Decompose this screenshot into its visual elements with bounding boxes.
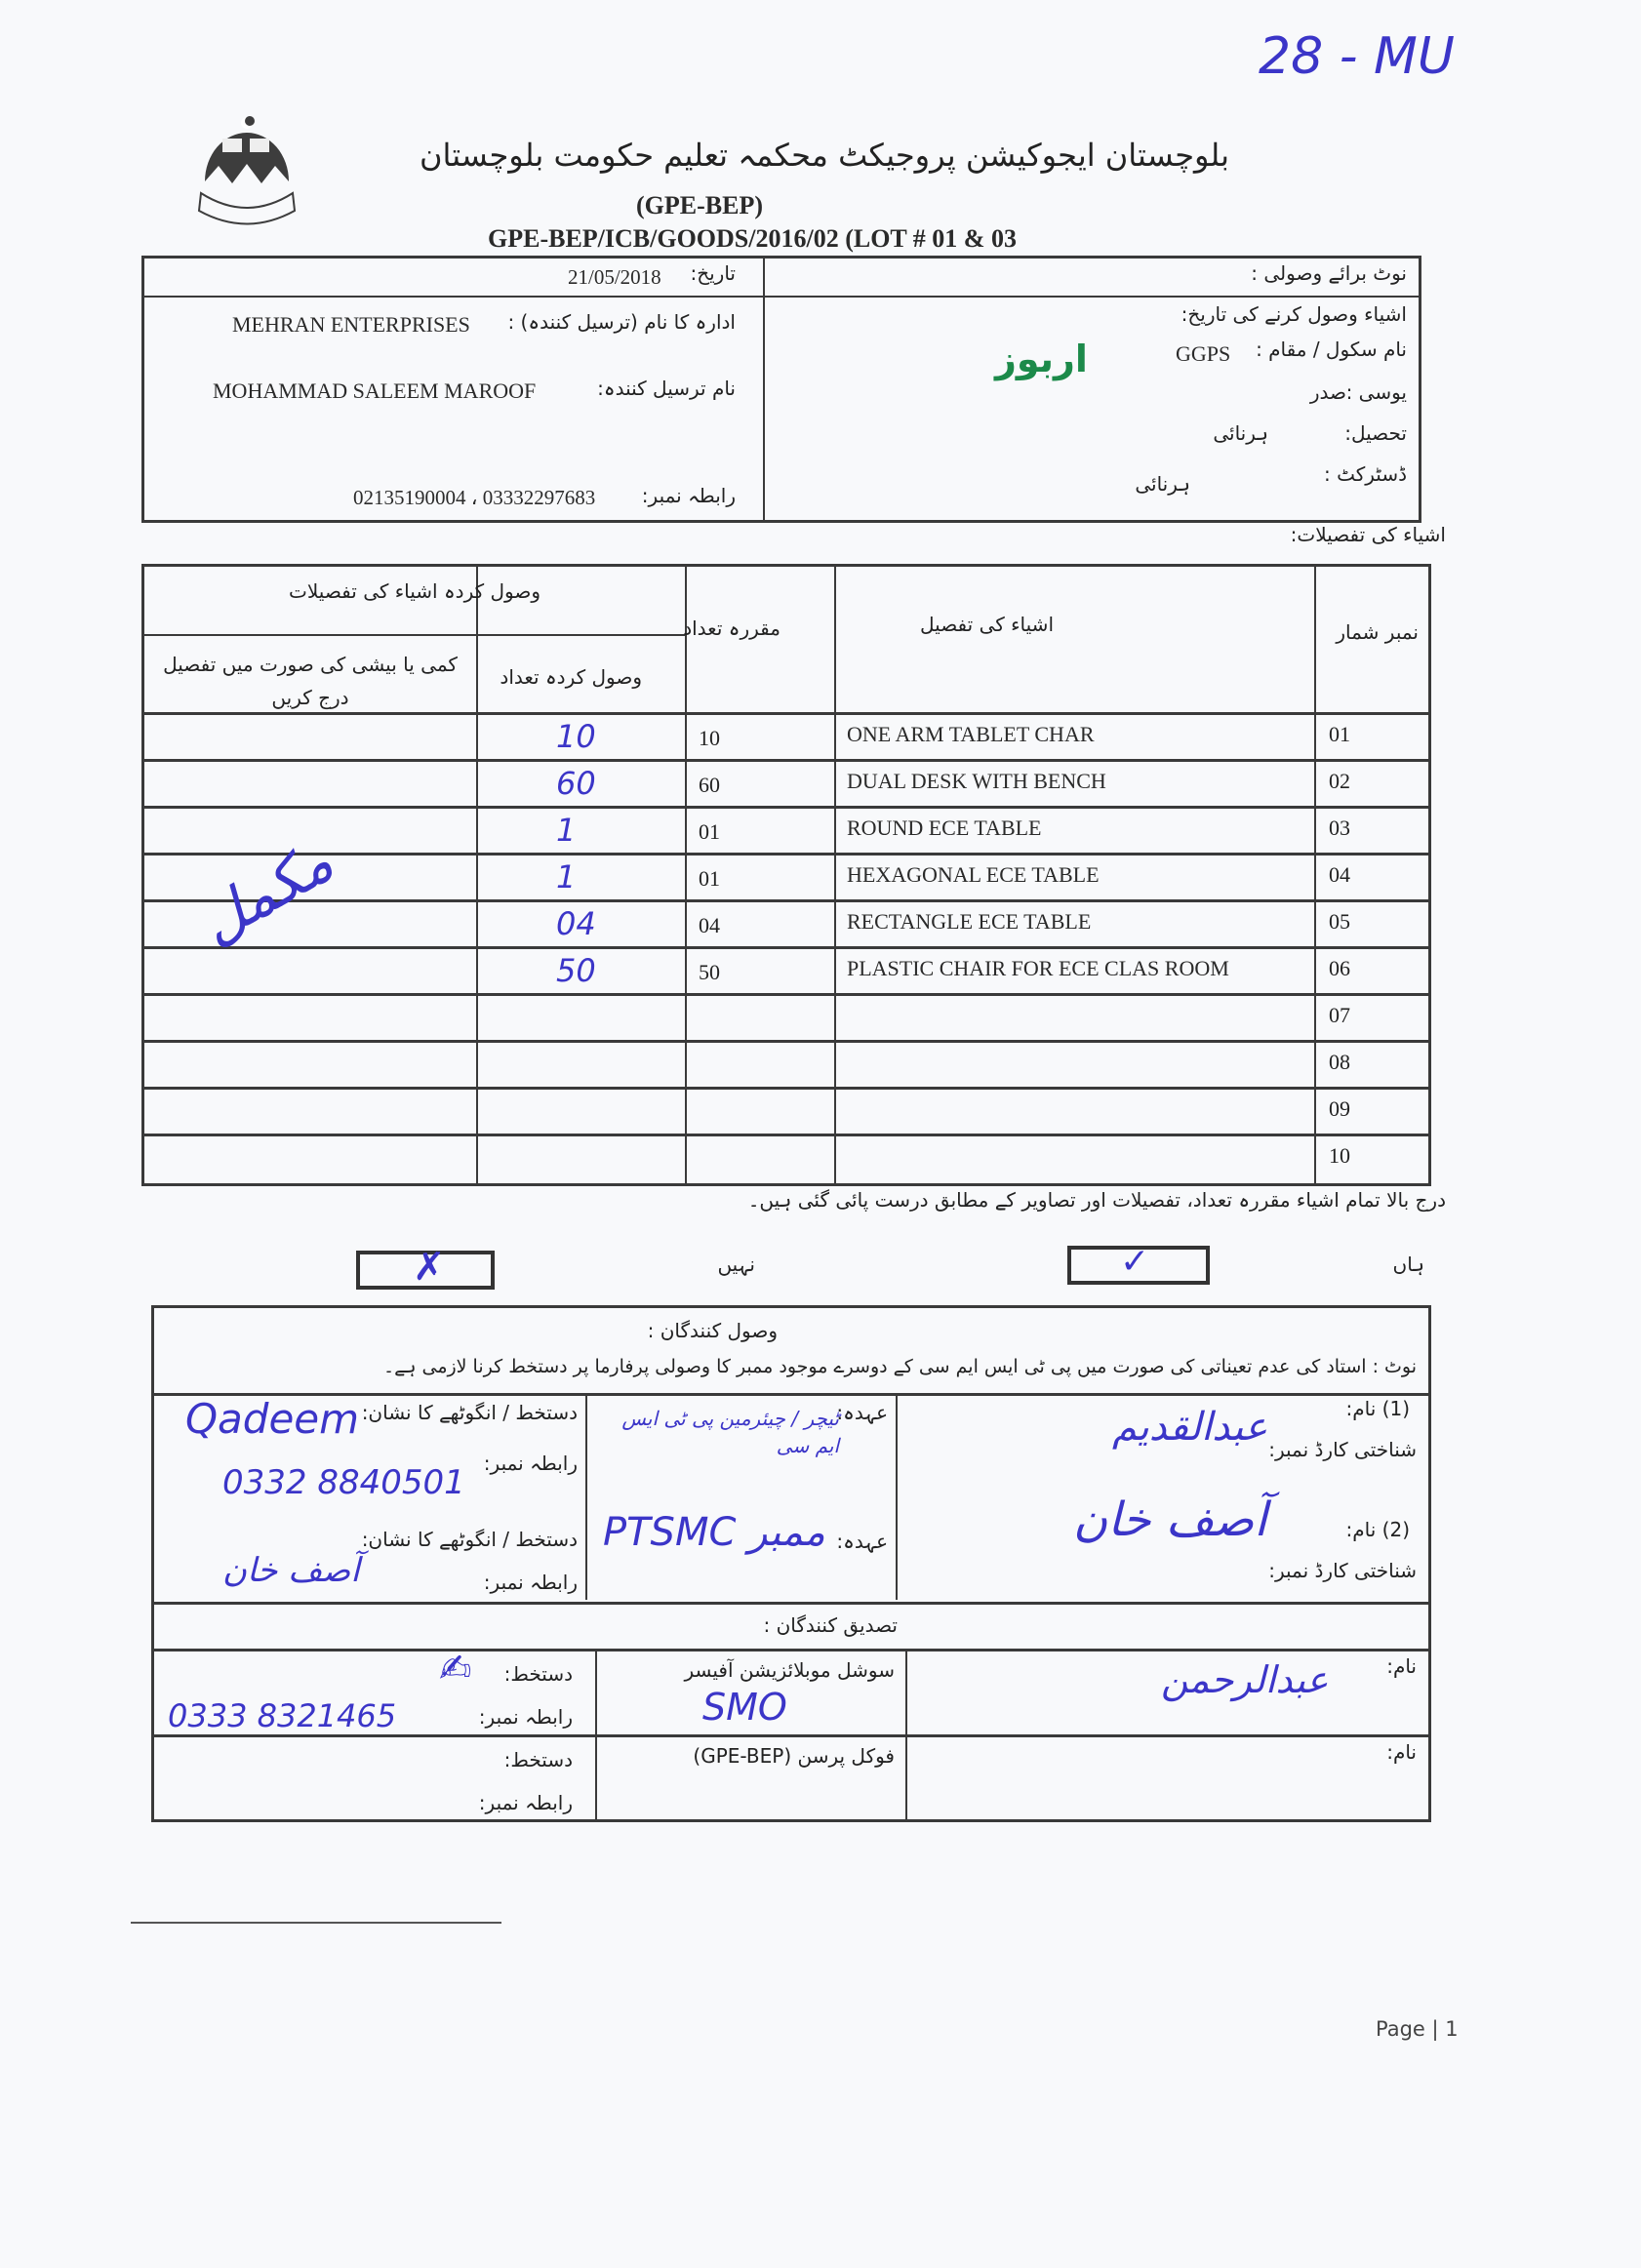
table-row-divider <box>143 1040 1429 1043</box>
date-value: 21/05/2018 <box>568 265 661 290</box>
col-divider <box>834 566 836 1184</box>
verifier1-signature-label: دستخط: <box>504 1662 573 1686</box>
receiver1-contact-label: رابطہ نمبر: <box>484 1452 578 1475</box>
verifier1-role: سوشل موبلائزیشن آفیسر <box>684 1658 895 1682</box>
header-description: اشیاء کی تفصیل <box>920 613 1054 636</box>
no-checkbox[interactable]: ✗ <box>356 1251 495 1290</box>
district-label: ڈسٹرکٹ : <box>1324 462 1407 486</box>
school-label: نام سکول / مقام : <box>1256 338 1407 361</box>
row-serial: 06 <box>1329 956 1350 981</box>
contact-value: 02135190004 ، 03332297683 <box>353 486 595 510</box>
receiver1-designation-handwritten: ٹیچر / چیئرمین پی ٹی ایس ایم سی <box>595 1405 839 1459</box>
header-fixed-qty: مقررہ تعداد <box>683 617 780 640</box>
receiver2-designation-label: عہدہ: <box>836 1530 888 1553</box>
header-serial: نمبر شمار <box>1336 620 1419 644</box>
row-serial: 08 <box>1329 1050 1350 1075</box>
sender-label: نام ترسیل کنندہ: <box>597 377 736 400</box>
header-subtitle: (GPE-BEP) <box>636 191 763 220</box>
receiver1-cnic-label: شناختی کارڈ نمبر: <box>1268 1438 1417 1461</box>
row-serial: 03 <box>1329 816 1350 841</box>
page-number: Page | 1 <box>1376 2017 1459 2041</box>
row-received-qty-handwritten: 60 <box>556 765 596 802</box>
verifier1-signature: ✍ <box>439 1647 472 1691</box>
row-received-qty-handwritten: 50 <box>556 952 596 989</box>
receivers-col-divider <box>896 1395 898 1600</box>
footnote-separator <box>131 1922 501 1924</box>
receivers-col-divider <box>585 1395 587 1600</box>
cross-mark-icon: ✗ <box>413 1245 446 1290</box>
col-divider <box>476 566 478 1184</box>
verifiers-row-divider <box>153 1734 1429 1737</box>
row-received-qty-handwritten: 10 <box>556 718 596 755</box>
table-row-divider <box>143 853 1429 855</box>
tehsil-label: تحصیل: <box>1344 421 1407 445</box>
verifier2-signature-label: دستخط: <box>504 1748 573 1771</box>
row-serial: 05 <box>1329 909 1350 935</box>
row-serial: 07 <box>1329 1003 1350 1028</box>
col-divider <box>685 566 687 1184</box>
receiver1-designation-label: عہدہ: <box>836 1401 888 1424</box>
table-row-divider <box>143 899 1429 902</box>
verifier1-contact-label: رابطہ نمبر: <box>479 1705 573 1729</box>
receipt-info-row-divider <box>143 296 1420 298</box>
row-received-qty-handwritten: 1 <box>556 858 576 895</box>
receiver2-signature: آصف خان <box>222 1551 360 1590</box>
receiver2-name-label: (2) نام: <box>1346 1518 1411 1541</box>
row-serial: 10 <box>1329 1143 1350 1169</box>
check-mark-icon: ✓ <box>1120 1242 1149 1282</box>
receive-date-label: اشیاء وصول کرنے کی تاریخ: <box>1181 302 1407 326</box>
row-description: ONE ARM TABLET CHAR <box>847 722 1095 747</box>
table-row-divider <box>143 1087 1429 1090</box>
receiver1-contact-handwritten: 0332 8840501 <box>222 1463 465 1502</box>
receiver2-contact-label: رابطہ نمبر: <box>484 1571 578 1594</box>
row-serial: 09 <box>1329 1096 1350 1122</box>
sender-value: MOHAMMAD SALEEM MAROOF <box>213 378 536 404</box>
tehsil-value: ہرنائی <box>1213 421 1268 445</box>
row-fixed-qty: 10 <box>699 726 720 751</box>
receiver1-signature: Qadeem <box>185 1395 359 1443</box>
verifiers-title-divider <box>153 1649 1429 1651</box>
receiver2-designation-handwritten: ممبر PTSMC <box>603 1510 825 1555</box>
table-row-divider <box>143 759 1429 762</box>
table-row-divider <box>143 806 1429 809</box>
header-remarks: کمی یا بیشی کی صورت میں تفصیل درج کریں <box>156 648 464 714</box>
district-value: ہرنائی <box>1135 472 1190 496</box>
verifier1-stamp-signature: SMO <box>702 1686 787 1729</box>
uc-value: صدر <box>1310 380 1346 404</box>
company-label: ادارہ کا نام (ترسیل کنندہ) : <box>507 310 736 334</box>
row-serial: 02 <box>1329 769 1350 794</box>
yes-checkbox[interactable]: ✓ <box>1067 1246 1210 1285</box>
verifier1-contact-handwritten: 0333 8321465 <box>168 1697 396 1734</box>
note-for-receipt-label: نوٹ برائے وصولی : <box>1251 261 1407 285</box>
no-label: نہیں <box>717 1253 755 1276</box>
header-title-urdu: بلوچستان ایجوکیشن پروجیکٹ محکمہ تعلیم حک… <box>420 137 1229 174</box>
receiver1-signature-label: دستخط / انگوٹھے کا نشان: <box>362 1401 578 1424</box>
receivers-note: نوٹ : استاد کی عدم تعیناتی کی صورت میں پ… <box>383 1356 1417 1377</box>
header-received-group: وصول کردہ اشیاء کی تفصیلات <box>289 579 540 603</box>
verifier2-role: فوکل پرسن (GPE-BEP) <box>693 1744 895 1768</box>
receivers-title: وصول کنندگان : <box>648 1319 778 1342</box>
receivers-bottom-divider <box>153 1602 1429 1605</box>
row-fixed-qty: 01 <box>699 819 720 845</box>
header-reference: GPE-BEP/ICB/GOODS/2016/02 (LOT # 01 & 03 <box>488 224 1017 254</box>
verifier2-contact-label: رابطہ نمبر: <box>479 1791 573 1814</box>
yes-label: ہاں <box>1393 1253 1425 1276</box>
table-row-divider <box>143 946 1429 949</box>
school-handwritten-name: اربوز <box>995 338 1088 380</box>
row-description: HEXAGONAL ECE TABLE <box>847 862 1100 888</box>
row-received-qty-handwritten: 04 <box>556 905 596 942</box>
date-label: تاریخ: <box>690 261 736 285</box>
row-fixed-qty: 01 <box>699 866 720 892</box>
verifier1-name-label: نام: <box>1386 1654 1417 1678</box>
row-description: RECTANGLE ECE TABLE <box>847 909 1091 935</box>
col-divider <box>1314 566 1316 1184</box>
row-fixed-qty: 50 <box>699 960 720 985</box>
table-row-divider <box>143 1134 1429 1136</box>
row-description: ROUND ECE TABLE <box>847 816 1042 841</box>
row-serial: 04 <box>1329 862 1350 888</box>
receiver2-name-handwritten: آصف خان <box>1073 1492 1267 1547</box>
verifier2-name-label: نام: <box>1386 1740 1417 1764</box>
contact-label: رابطہ نمبر: <box>642 484 736 507</box>
school-value: GGPS <box>1176 341 1230 367</box>
receiver1-name-handwritten: عبدالقدیم <box>1112 1405 1267 1450</box>
row-description: DUAL DESK WITH BENCH <box>847 769 1106 794</box>
receiver2-cnic-label: شناختی کارڈ نمبر: <box>1268 1559 1417 1582</box>
verifiers-title: تصدیق کنندگان : <box>764 1613 899 1637</box>
table-row-divider <box>143 993 1429 996</box>
row-fixed-qty: 04 <box>699 913 720 938</box>
header-received-qty: وصول کردہ تعداد <box>500 665 642 689</box>
items-section-label: اشیاء کی تفصیلات: <box>1291 523 1446 546</box>
handwritten-file-number: 28 - MU <box>1259 27 1455 86</box>
row-serial: 01 <box>1329 722 1350 747</box>
balochistan-government-logo <box>193 105 300 232</box>
header-subdivider <box>143 634 685 636</box>
receiver2-signature-label: دستخط / انگوٹھے کا نشان: <box>362 1528 578 1551</box>
company-value: MEHRAN ENTERPRISES <box>232 312 470 338</box>
uc-label: یوسی : <box>1346 380 1407 404</box>
row-description: PLASTIC CHAIR FOR ECE CLAS ROOM <box>847 956 1229 981</box>
confirmation-statement: درج بالا تمام اشیاء مقررہ تعداد، تفصیلات… <box>748 1188 1446 1212</box>
receiver1-name-label: (1) نام: <box>1346 1397 1411 1420</box>
row-received-qty-handwritten: 1 <box>556 812 576 849</box>
row-fixed-qty: 60 <box>699 773 720 798</box>
verifier1-name-handwritten: عبدالرحمن <box>1161 1658 1329 1701</box>
